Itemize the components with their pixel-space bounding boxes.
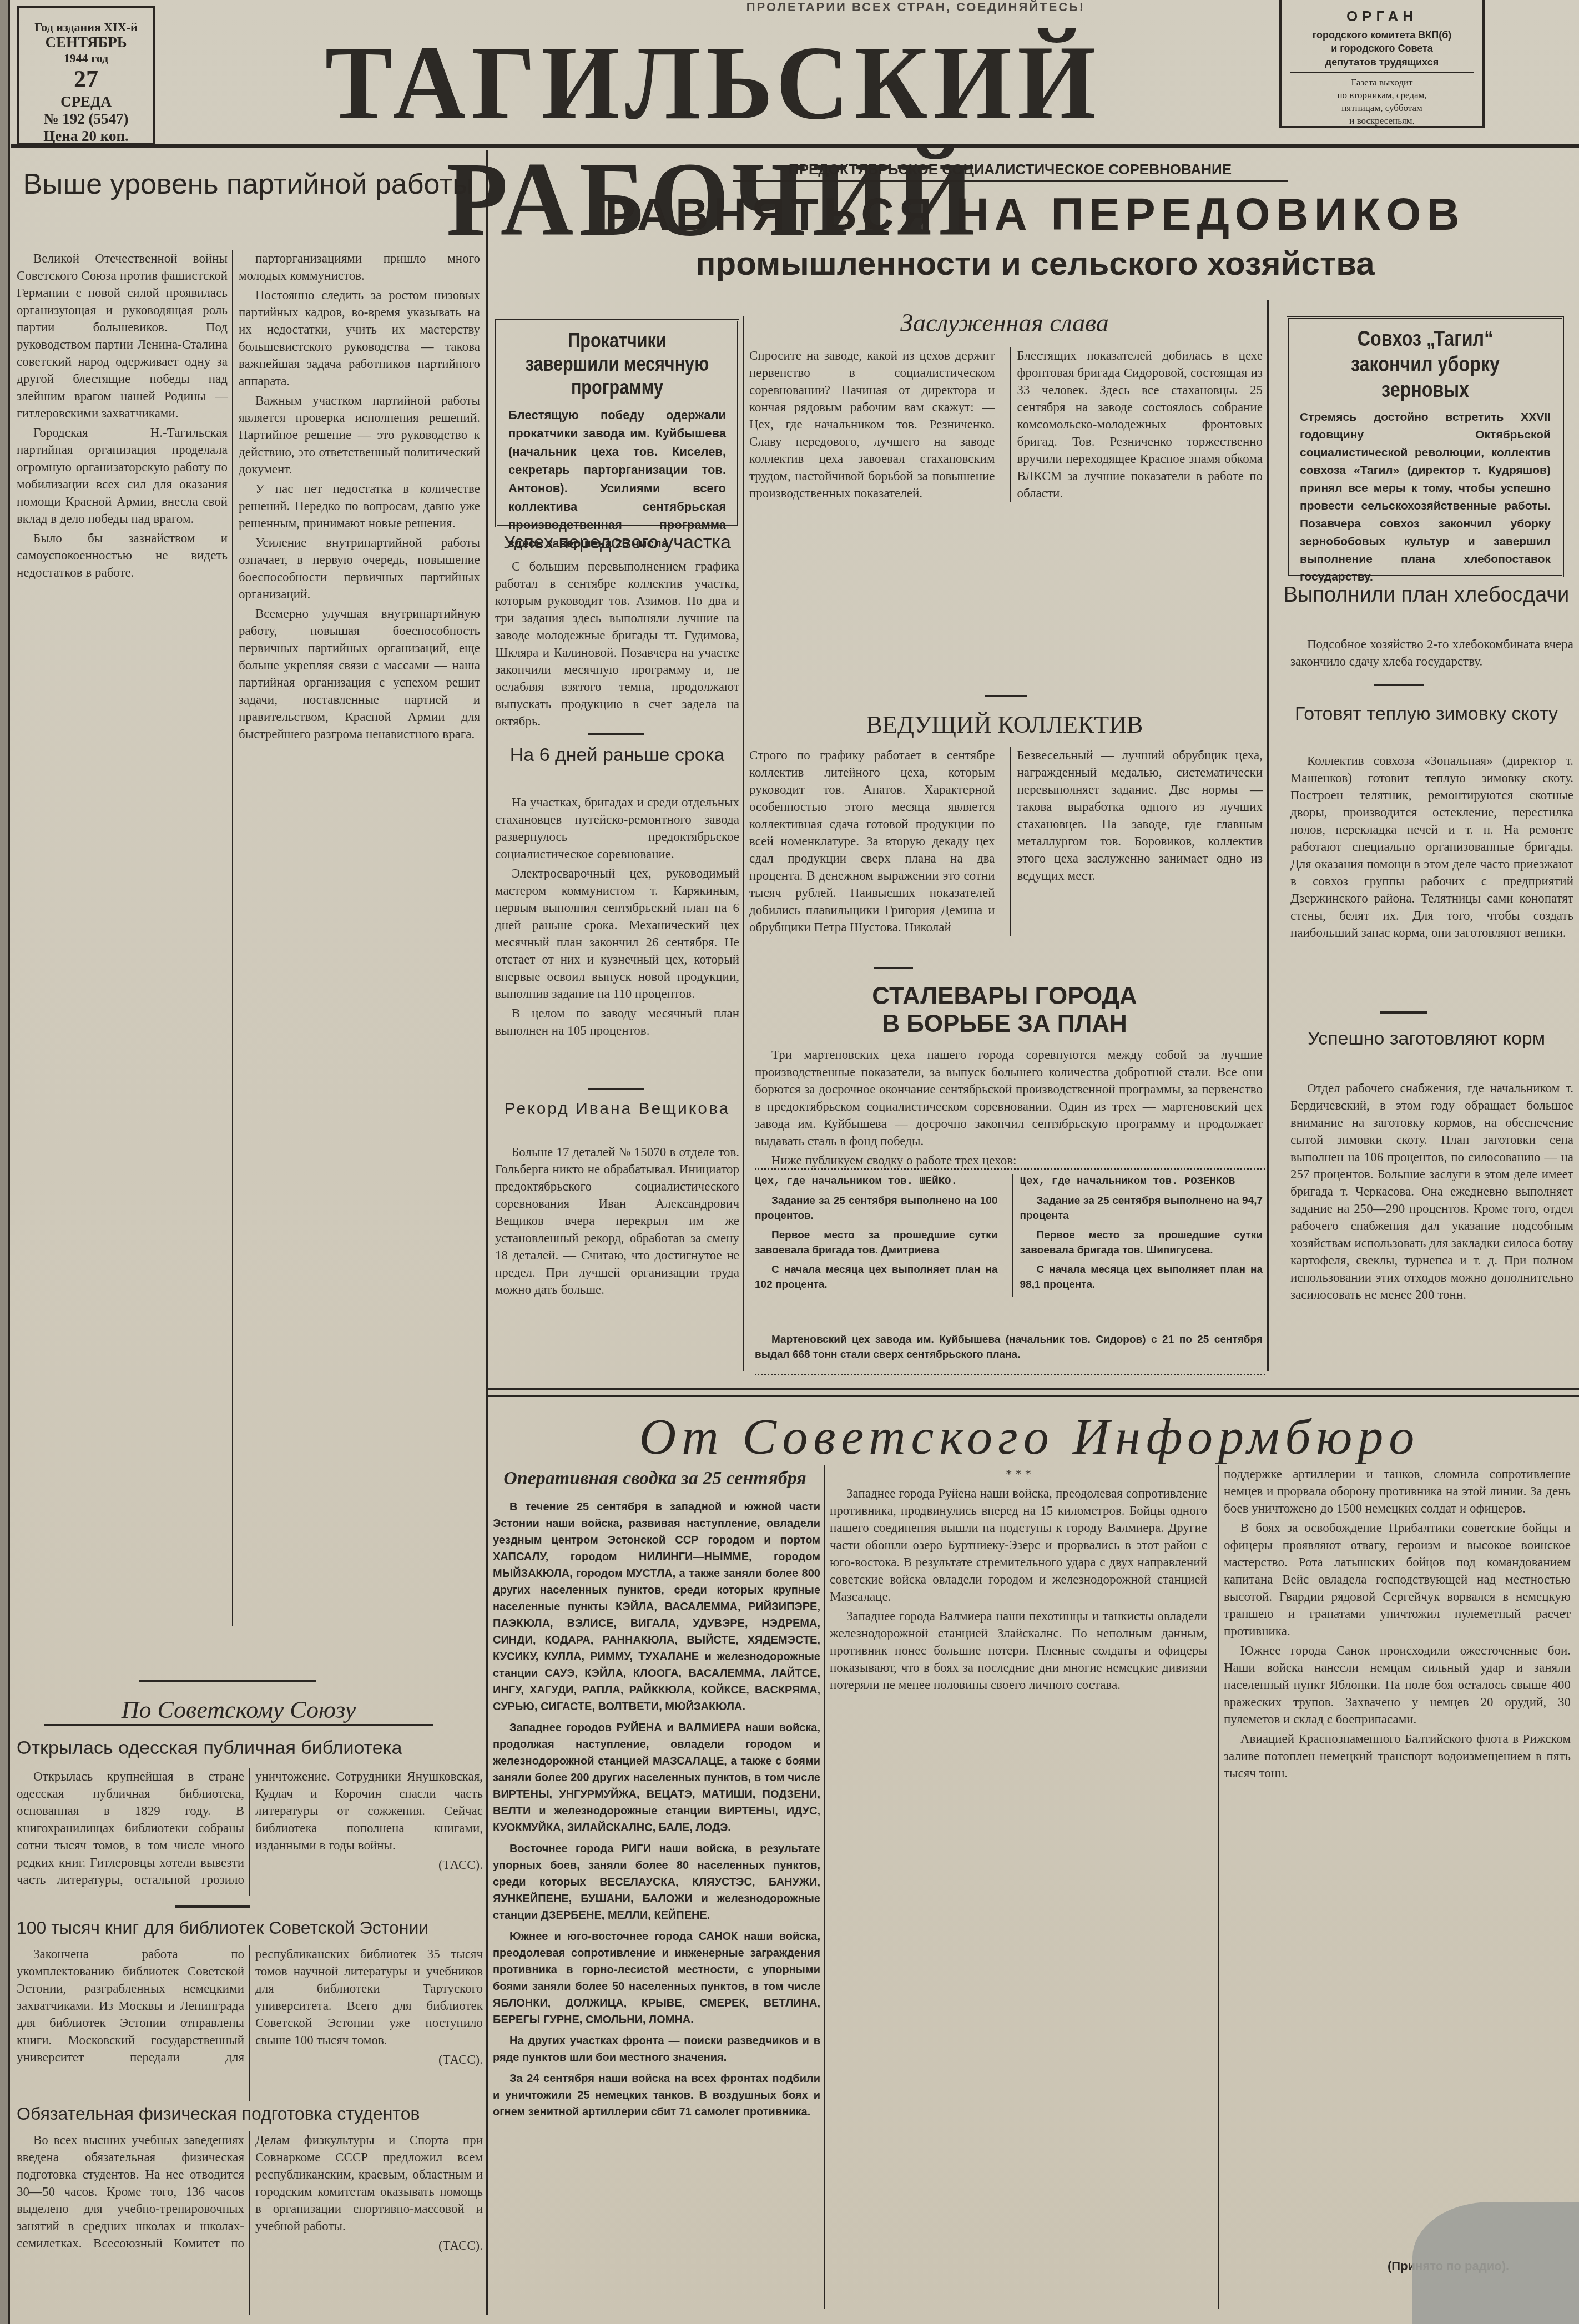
paragraph: Мартеновский цех завода им. Куйбышева (н… [755, 1332, 1263, 1362]
paragraph: Городская Н.-Тагильская партийная органи… [17, 424, 228, 527]
estonia-text: Закончена работа по укомплектованию библ… [17, 1945, 483, 2101]
paragraph: Постоянно следить за ростом низовых парт… [239, 286, 480, 390]
uspekh-title: Успех передового участка [495, 532, 739, 553]
schedule-line: пятницам, субботам [1282, 102, 1482, 115]
masthead-slogan: ПРОЛЕТАРИИ ВСЕХ СТРАН, СОЕДИНЯЙТЕСЬ! [638, 0, 1193, 14]
paragraph: Задание за 25 сентября выполнено на 100 … [755, 1193, 998, 1223]
odessa-title: Открылась одесская публичная библиотека [17, 1737, 483, 1759]
paragraph: Три мартеновских цеха нашего города соре… [755, 1046, 1263, 1150]
month: СЕНТЯБРЬ [19, 34, 153, 51]
paragraph: Больше 17 деталей № 15070 в отделе тов. … [495, 1143, 739, 1298]
paragraph: Коллектив совхоза «Зональная» (директор … [1290, 752, 1573, 941]
paragraph: Усиление внутрипартийной работы означает… [239, 534, 480, 603]
edition-year: Год издания XIX-й [19, 20, 153, 34]
shop-heading: Цех, где начальником тов. РОЗЕНКОВ [1020, 1174, 1263, 1189]
paragraph: поддержке артиллерии и танков, сломила с… [1224, 1465, 1571, 1517]
divider [874, 967, 913, 969]
paragraph: С большим перевыполнением графика работа… [495, 558, 739, 730]
text-column: Блестящих показателей добилась в цехе фр… [1010, 347, 1263, 502]
lead-article-title: Выше уровень партийной работы [12, 167, 484, 202]
paragraph: парторганизациями пришло много молодых к… [239, 250, 480, 284]
competition-headline: РАВНЯТЬСЯ НА ПЕРЕДОВИКОВ [500, 189, 1571, 241]
year: 1944 год [19, 51, 153, 65]
column-divider [232, 250, 233, 1626]
organ-line: депутатов трудящихся [1282, 56, 1482, 69]
paragraph: Первое место за прошедшие сутки завоевал… [755, 1228, 998, 1258]
paragraph: Западнее города Валмиера наши пехотинцы … [830, 1607, 1207, 1693]
odessa-text: Открылась крупнейшая в стране одесская п… [17, 1768, 483, 1896]
price: Цена 20 коп. [19, 128, 153, 145]
lead-article-col1: Великой Отечественной войны Советского С… [17, 250, 228, 1626]
schedule-line: по вторникам, средам, [1282, 89, 1482, 102]
paragraph: Южнее города Санок происходили ожесточен… [1224, 1642, 1571, 1728]
shop-rozenkov: Цех, где начальником тов. РОЗЕНКОВ Задан… [1012, 1174, 1263, 1297]
zimovka-text: Коллектив совхоза «Зональная» (директор … [1290, 752, 1573, 944]
column-divider [486, 150, 488, 2315]
stalevary-footer: Мартеновский цех завода им. Куйбышева (н… [755, 1332, 1263, 1367]
khlebosdacha-text: Подсобное хозяйство 2-го хлебокомбината … [1290, 636, 1573, 672]
column-divider [1267, 300, 1269, 1371]
rekord-text: Больше 17 деталей № 15070 в отделе тов. … [495, 1143, 739, 1300]
veduschiy-title: ВЕДУЩИЙ КОЛЛЕКТИВ [746, 710, 1263, 739]
sovkhoz-tagil-text: Стремясь достойно встретить XXVII годовщ… [1300, 409, 1551, 586]
section-title-po-sovetskomu-soyuzu: По Советскому Союзу [44, 1696, 433, 1726]
paragraph: Закончена работа по укомплектованию библ… [17, 1945, 483, 2068]
source-credit: (ТАСС). [255, 2237, 483, 2254]
weekday: СРЕДА [19, 93, 153, 110]
estonia-title: 100 тысяч книг для библиотек Советской Э… [17, 1918, 483, 1938]
paragraph: Было бы зазнайством и самоуспокоенностью… [17, 530, 228, 581]
zimovka-title: Готовят теплую зимовку скоту [1277, 702, 1576, 725]
wavy-divider [755, 1168, 1265, 1172]
section-rule [488, 1395, 1579, 1397]
paragraph: Во всех высших учебных заведениях введен… [17, 2131, 483, 2254]
organ-line: городского комитета ВКП(б) [1282, 28, 1482, 42]
schedule-line: Газета выходит [1282, 77, 1482, 89]
uspekh-text: С большим перевыполнением графика работа… [495, 558, 739, 732]
paragraph: Задание за 25 сентября выполнено на 94,7… [1020, 1193, 1263, 1223]
divider [985, 695, 1027, 697]
paragraph: Всемерно улучшая внутрипартийную работу,… [239, 605, 480, 743]
sovinformburo-col2: * * * Западнее города Руйена наши войска… [830, 1465, 1207, 2309]
organ-box: ОРГАН городского комитета ВКП(б) и город… [1279, 0, 1485, 128]
na6dney-text: На участках, бригадах и среди отдельных … [495, 794, 739, 1041]
veduschiy-text: Строго по графику работает в сентябре ко… [749, 747, 1263, 936]
divider [1380, 1011, 1427, 1014]
asterism: * * * [830, 1465, 1207, 1483]
column-divider [1218, 1465, 1219, 2309]
paragraph: В течение 25 сентября в западной и южной… [493, 1499, 820, 1715]
paper-stain [1412, 2202, 1579, 2324]
section-rule [488, 1388, 1579, 1390]
column-divider [824, 1465, 825, 2309]
paragraph: В целом по заводу месячный план выполнен… [495, 1005, 739, 1039]
sovinformburo-main: В течение 25 сентября в западной и южной… [493, 1499, 820, 2125]
organ-label: ОРГАН [1282, 7, 1482, 26]
prokatchiki-text: Блестящую победу одержали прокатчики зав… [508, 406, 726, 552]
date-box: Год издания XIX-й СЕНТЯБРЬ 1944 год 27 С… [17, 6, 155, 145]
day-number: 27 [19, 65, 153, 94]
paragraph: Подсобное хозяйство 2-го хлебокомбината … [1290, 636, 1573, 670]
paragraph: Западнее города Руйена наши войска, прео… [830, 1485, 1207, 1605]
sovkhoz-tagil-box: Совхоз „Тагил“ закончил уборку зерновых … [1287, 316, 1564, 577]
sport-title: Обязательная физическая подготовка студе… [17, 2104, 483, 2124]
prokatchiki-box: Прокатчики завершили месячную программу … [495, 319, 739, 527]
paragraph: За 24 сентября наши войска на всех фронт… [493, 2070, 820, 2120]
paragraph: Электросварочный цех, руководимый мастер… [495, 865, 739, 1002]
paragraph: Западнее городов РУЙЕНА и ВАЛМИЕРА наши … [493, 1720, 820, 1836]
text-column: Спросите на заводе, какой из цехов держи… [749, 347, 995, 502]
divider [175, 1905, 250, 1908]
source-credit: (ТАСС). [255, 1856, 483, 1873]
masthead-rule [11, 144, 1579, 148]
rekord-title: Рекорд Ивана Вещикова [495, 1099, 739, 1119]
schedule-line: и воскресеньям. [1282, 115, 1482, 128]
lead-article-col2: парторганизациями пришло много молодых к… [239, 250, 480, 1626]
sport-text: Во всех высших учебных заведениях введен… [17, 2131, 483, 2315]
shop-sheyko: Цех, где начальником тов. ШЕЙКО. Задание… [755, 1174, 998, 1297]
khlebosdacha-title: Выполнили план хлебосдачи [1277, 583, 1576, 607]
source-credit: (ТАСС). [255, 2051, 483, 2068]
zasluzhennaya-text: Спросите на заводе, какой из цехов держи… [749, 347, 1263, 502]
competition-subheadline: промышленности и сельского хозяйства [500, 244, 1571, 283]
paragraph: С начала месяца цех выполняет план на 98… [1020, 1262, 1263, 1292]
ornament-rule [139, 1680, 316, 1683]
paragraph: На других участках фронта — поиски разве… [493, 2033, 820, 2066]
divider [1374, 684, 1424, 686]
korm-title: Успешно заготовляют корм [1277, 1027, 1576, 1050]
sovinformburo-title: От Советского Информбюро [494, 1407, 1565, 1466]
paragraph: Ниже публикуем сводку о работе трех цехо… [755, 1152, 1263, 1169]
stalevary-title: СТАЛЕВАРЫ ГОРОДА В БОРЬБЕ ЗА ПЛАН [746, 982, 1263, 1038]
shop-heading: Цех, где начальником тов. ШЕЙКО. [755, 1174, 998, 1189]
paragraph: На участках, бригадах и среди отдельных … [495, 794, 739, 863]
title-line: СТАЛЕВАРЫ ГОРОДА [746, 982, 1263, 1010]
prokatchiki-title: Прокатчики завершили месячную программу [524, 329, 709, 399]
korm-text: Отдел рабочего снабжения, где начальнико… [1290, 1080, 1573, 1305]
sovkhoz-tagil-title: Совхоз „Тагил“ закончил уборку зерновых [1319, 326, 1532, 403]
sovinformburo-subtitle: Оперативная сводка за 25 сентября [494, 1468, 816, 1489]
issue-number: № 192 (5547) [19, 110, 153, 128]
stalevary-report: Цех, где начальником тов. ШЕЙКО. Задание… [755, 1174, 1263, 1297]
paragraph: Авиацией Краснознаменного Балтийского фл… [1224, 1730, 1571, 1782]
section-kicker: ПРЕДОКТЯБРЬСКОЕ СОЦИАЛИСТИЧЕСКОЕ СОРЕВНО… [733, 161, 1288, 182]
paragraph: В боях за освобождение Прибалтики советс… [1224, 1519, 1571, 1640]
column-divider [743, 316, 744, 1371]
binding-spine [0, 0, 10, 2324]
text-column: Строго по графику работает в сентябре ко… [749, 747, 995, 936]
zasluzhennaya-title: Заслуженная слава [746, 308, 1263, 337]
paragraph: Великой Отечественной войны Советского С… [17, 250, 228, 422]
paragraph: Важным участком партийной работы являетс… [239, 392, 480, 478]
paragraph: Южнее и юго-восточнее города САНОК наши … [493, 1928, 820, 2028]
newspaper-page: ПРОЛЕТАРИИ ВСЕХ СТРАН, СОЕДИНЯЙТЕСЬ! Год… [0, 0, 1579, 2324]
wavy-divider [755, 1374, 1265, 1377]
na6dney-title: На 6 дней раньше срока [495, 744, 739, 766]
paragraph: У нас нет недостатка в количестве решени… [239, 480, 480, 532]
organ-line: и городского Совета [1282, 42, 1482, 55]
paragraph: Восточнее города РИГИ наши войска, в рез… [493, 1841, 820, 1924]
title-line: В БОРЬБЕ ЗА ПЛАН [746, 1010, 1263, 1038]
text-column: Безвесельный — лучший обрубщик цеха, наг… [1010, 747, 1263, 936]
paragraph: Первое место за прошедшие сутки завоевал… [1020, 1228, 1263, 1258]
paragraph: Отдел рабочего снабжения, где начальнико… [1290, 1080, 1573, 1303]
divider [588, 733, 644, 735]
stalevary-intro: Три мартеновских цеха нашего города соре… [755, 1046, 1263, 1171]
divider [588, 1088, 644, 1090]
sovinformburo-col3: поддержке артиллерии и танков, сломила с… [1224, 1465, 1571, 2270]
paragraph: С начала месяца цех выполняет план на 10… [755, 1262, 998, 1292]
